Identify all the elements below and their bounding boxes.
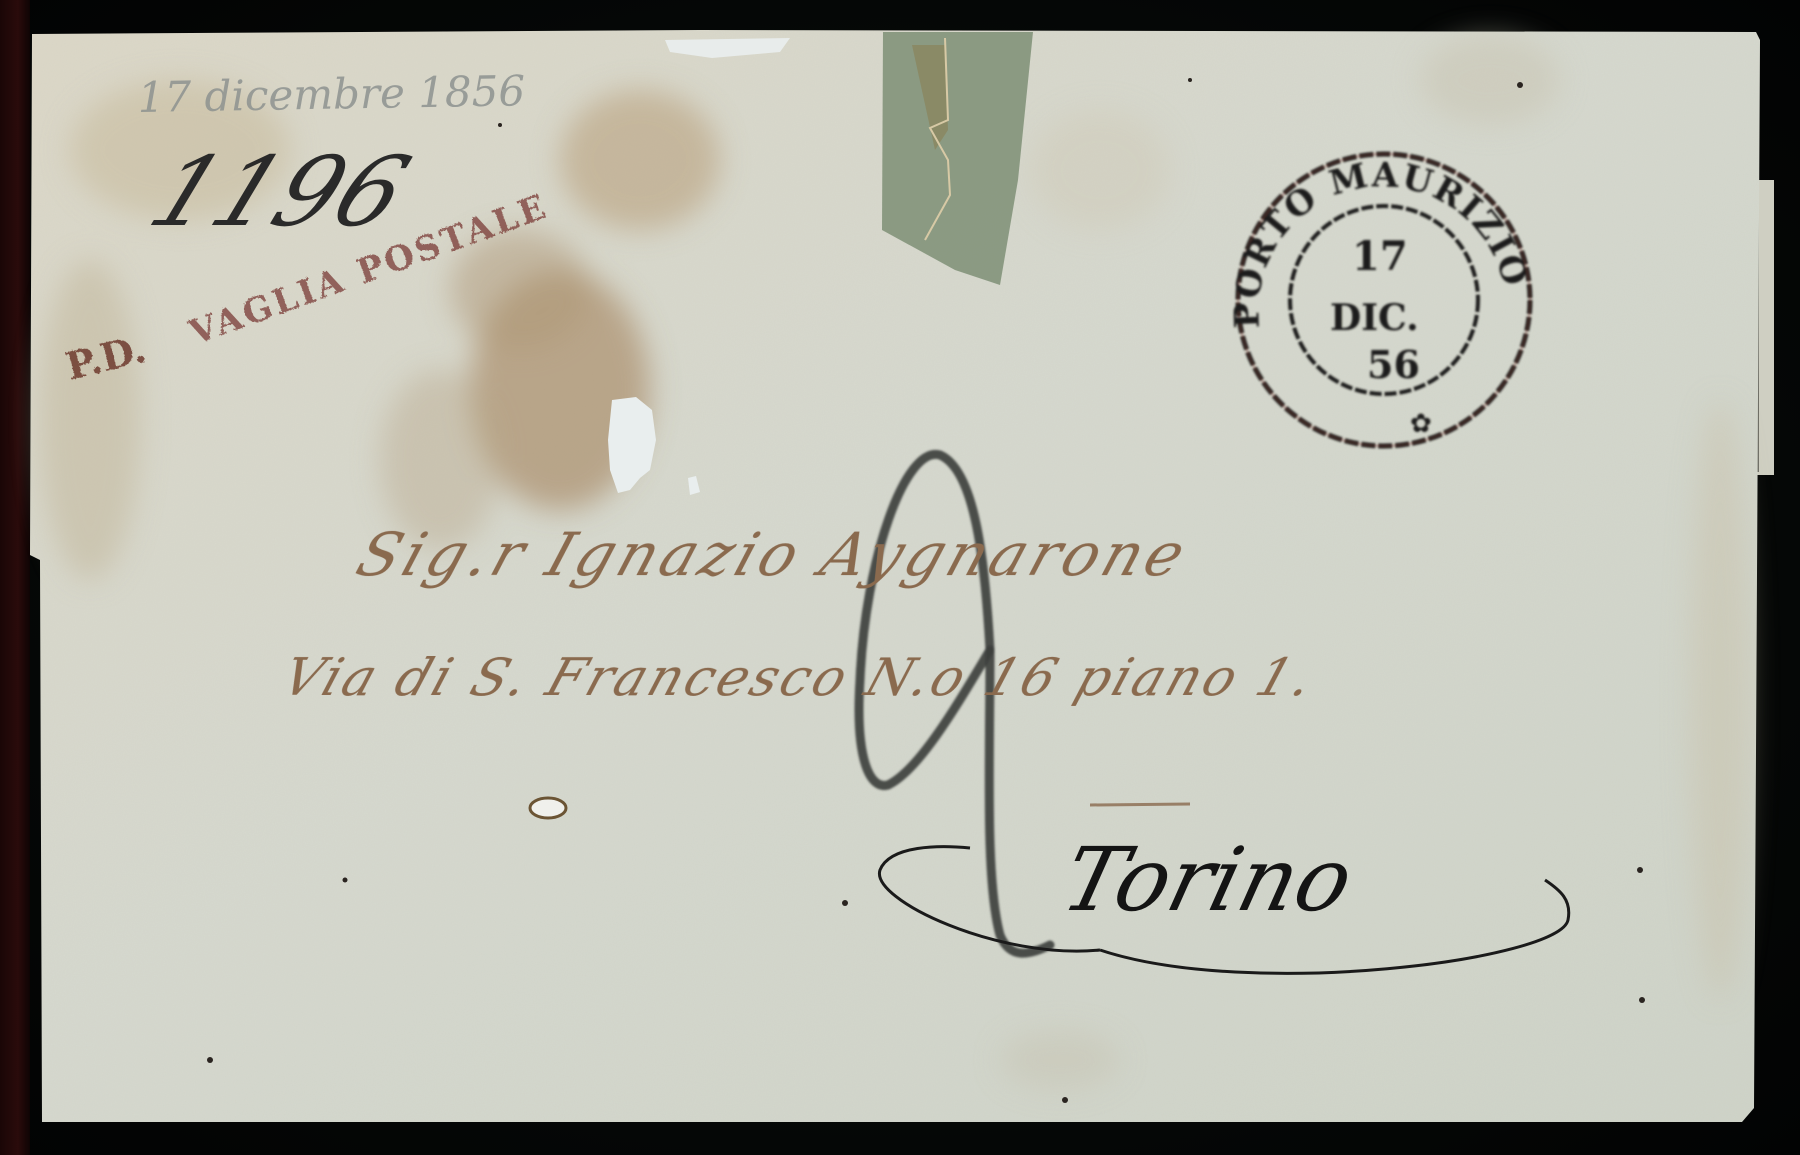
cover-scene: 17 dicembre 1856 1196 P.D. VAGLIA POSTAL… — [0, 0, 1800, 1155]
postmark-year: 56 — [1367, 342, 1420, 387]
postmark-day: 17 — [1352, 233, 1408, 280]
postmark-month: DIC. — [1330, 297, 1419, 339]
address-city: Torino — [1053, 829, 1363, 931]
address-line-1: Sig.r Ignazio Aygnarone — [348, 519, 1197, 589]
docket-number: 1196 — [135, 136, 425, 248]
paper-hole-lower — [530, 798, 566, 818]
address-line-2: Via di S. Francesco N.o 16 piano 1. — [275, 646, 1324, 707]
cover-svg: 17 dicembre 1856 1196 P.D. VAGLIA POSTAL… — [0, 0, 1800, 1155]
pencil-note: 17 dicembre 1856 — [137, 66, 525, 122]
postmark-ornament: ✿ — [1410, 409, 1432, 439]
svg-text:9: 9 — [0, 0, 10, 4]
